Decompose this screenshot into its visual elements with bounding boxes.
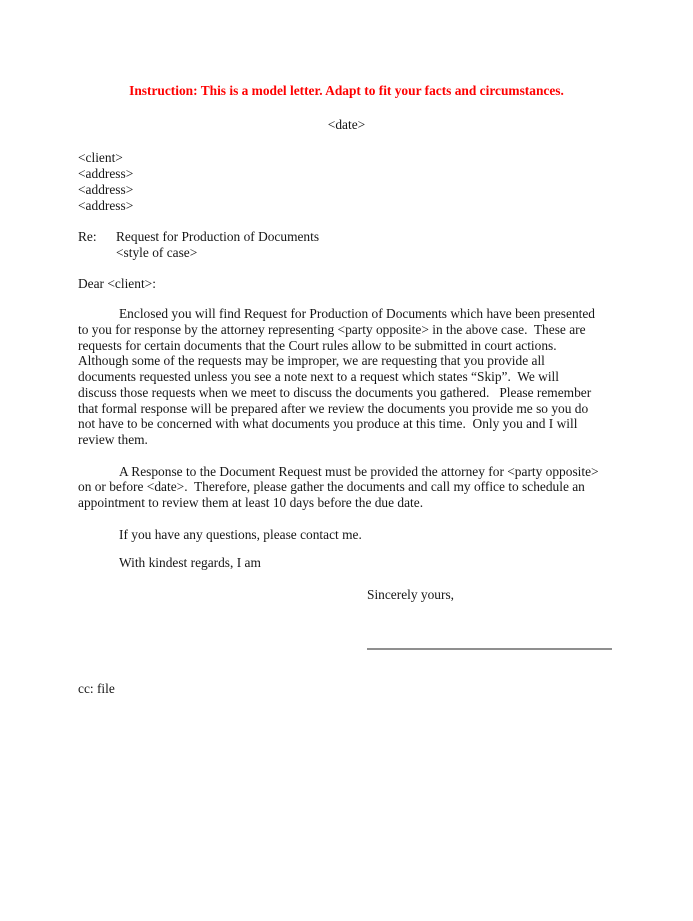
subject-label: Re: xyxy=(78,229,116,245)
paragraph-1-line: that formal response will be prepared af… xyxy=(78,401,615,417)
recipient-block: <client> <address> <address> <address> xyxy=(78,150,615,213)
letter-page: Instruction: This is a model letter. Ada… xyxy=(0,0,693,921)
cc-line: cc: file xyxy=(78,681,615,697)
paragraph-1-line: discuss those requests when we meet to d… xyxy=(78,385,615,401)
paragraph-2: A Response to the Document Request must … xyxy=(78,464,615,511)
recipient-address-2: <address> xyxy=(78,182,615,198)
subject-case-style: <style of case> xyxy=(116,245,615,261)
signature-line xyxy=(367,648,612,650)
paragraph-1-line: not have to be concerned with what docum… xyxy=(78,416,615,432)
closing-valediction: Sincerely yours, xyxy=(367,587,615,603)
paragraph-1-line: documents requested unless you see a not… xyxy=(78,369,615,385)
recipient-address-1: <address> xyxy=(78,166,615,182)
instruction-banner: Instruction: This is a model letter. Ada… xyxy=(78,83,615,99)
recipient-address-3: <address> xyxy=(78,198,615,214)
recipient-client: <client> xyxy=(78,150,615,166)
subject-title: Request for Production of Documents xyxy=(116,229,319,245)
subject-block: Re: Request for Production of Documents … xyxy=(78,229,615,260)
paragraph-1-line: Enclosed you will find Request for Produ… xyxy=(78,306,615,322)
paragraph-1-line: requests for certain documents that the … xyxy=(78,338,615,354)
salutation: Dear <client>: xyxy=(78,276,615,292)
paragraph-2-line: A Response to the Document Request must … xyxy=(78,464,615,480)
paragraph-1-line: to you for response by the attorney repr… xyxy=(78,322,615,338)
paragraph-2-line: appointment to review them at least 10 d… xyxy=(78,495,615,511)
date-placeholder: <date> xyxy=(78,117,615,133)
paragraph-1-line: Although some of the requests may be imp… xyxy=(78,353,615,369)
paragraph-2-line: on or before <date>. Therefore, please g… xyxy=(78,479,615,495)
paragraph-3: If you have any questions, please contac… xyxy=(78,527,615,543)
paragraph-1: Enclosed you will find Request for Produ… xyxy=(78,306,615,447)
paragraph-1-line: review them. xyxy=(78,432,615,448)
paragraph-4: With kindest regards, I am xyxy=(78,555,615,571)
